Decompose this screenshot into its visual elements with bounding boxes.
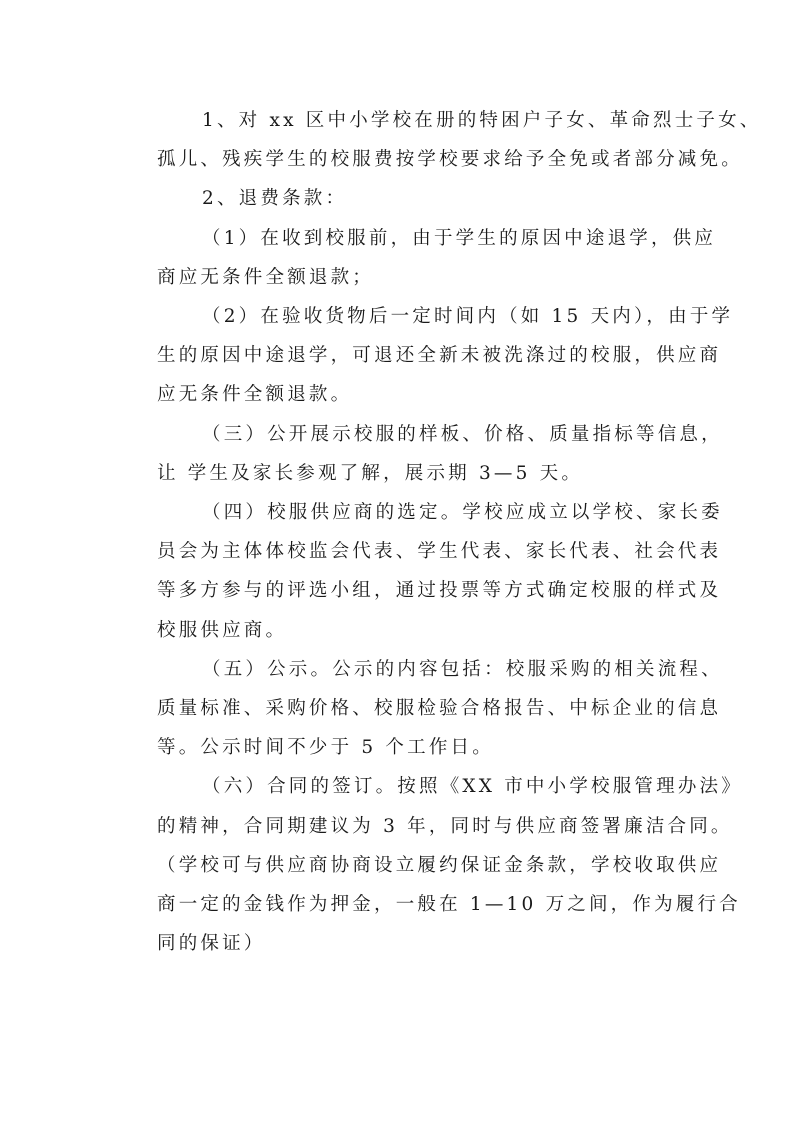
text-line: 等多方参与的评选小组，通过投票等方式确定校服的样式及 xyxy=(120,571,686,610)
text-line: 生的原因中途退学，可退还全新未被洗涤过的校服，供应商 xyxy=(120,336,686,375)
text-line: 员会为主体体校监会代表、学生代表、家长代表、社会代表 xyxy=(120,532,686,571)
text-line: （四）校服供应商的选定。学校应成立以学校、家长委 xyxy=(120,493,686,532)
paragraph-refund-1: （1）在收到校服前，由于学生的原因中途退学，供应 商应无条件全额退款； xyxy=(120,219,686,297)
paragraph-item-2: 2、退费条款： xyxy=(120,179,686,218)
document-page: 1、对 xx 区中小学校在册的特困户子女、革命烈士子女、 孤儿、残疾学生的校服费… xyxy=(120,101,686,963)
text-line: 孤儿、残疾学生的校服费按学校要求给予全免或者部分减免。 xyxy=(120,140,686,179)
text-line: 1、对 xx 区中小学校在册的特困户子女、革命烈士子女、 xyxy=(120,101,686,140)
text-line: 商应无条件全额退款； xyxy=(120,258,686,297)
text-line: 应无条件全额退款。 xyxy=(120,375,686,414)
text-line: 同的保证） xyxy=(120,924,686,963)
paragraph-section-5: （五）公示。公示的内容包括：校服采购的相关流程、 质量标准、采购价格、校服检验合… xyxy=(120,650,686,768)
paragraph-section-4: （四）校服供应商的选定。学校应成立以学校、家长委 员会为主体体校监会代表、学生代… xyxy=(120,493,686,650)
text-line: 等。公示时间不少于 5 个工作日。 xyxy=(120,728,686,767)
text-line: 让 学生及家长参观了解，展示期 3—5 天。 xyxy=(120,454,686,493)
text-line: 的精神，合同期建议为 3 年，同时与供应商签署廉洁合同。 xyxy=(120,807,686,846)
text-line: （五）公示。公示的内容包括：校服采购的相关流程、 xyxy=(120,650,686,689)
text-line: 校服供应商。 xyxy=(120,611,686,650)
text-line: （三）公开展示校服的样板、价格、质量指标等信息， xyxy=(120,415,686,454)
text-line: （六）合同的签订。按照《XX 市中小学校服管理办法》 xyxy=(120,767,686,806)
text-line: 质量标准、采购价格、校服检验合格报告、中标企业的信息 xyxy=(120,689,686,728)
text-line: （学校可与供应商协商设立履约保证金条款，学校收取供应 xyxy=(120,846,686,885)
paragraph-section-6: （六）合同的签订。按照《XX 市中小学校服管理办法》 的精神，合同期建议为 3 … xyxy=(120,767,686,963)
text-line: （1）在收到校服前，由于学生的原因中途退学，供应 xyxy=(120,219,686,258)
paragraph-refund-2: （2）在验收货物后一定时间内（如 15 天内），由于学 生的原因中途退学，可退还… xyxy=(120,297,686,415)
paragraph-item-1: 1、对 xx 区中小学校在册的特困户子女、革命烈士子女、 孤儿、残疾学生的校服费… xyxy=(120,101,686,179)
text-line: 2、退费条款： xyxy=(120,179,686,218)
text-line: （2）在验收货物后一定时间内（如 15 天内），由于学 xyxy=(120,297,686,336)
text-line: 商一定的金钱作为押金，一般在 1—10 万之间，作为履行合 xyxy=(120,885,686,924)
paragraph-section-3: （三）公开展示校服的样板、价格、质量指标等信息， 让 学生及家长参观了解，展示期… xyxy=(120,415,686,493)
